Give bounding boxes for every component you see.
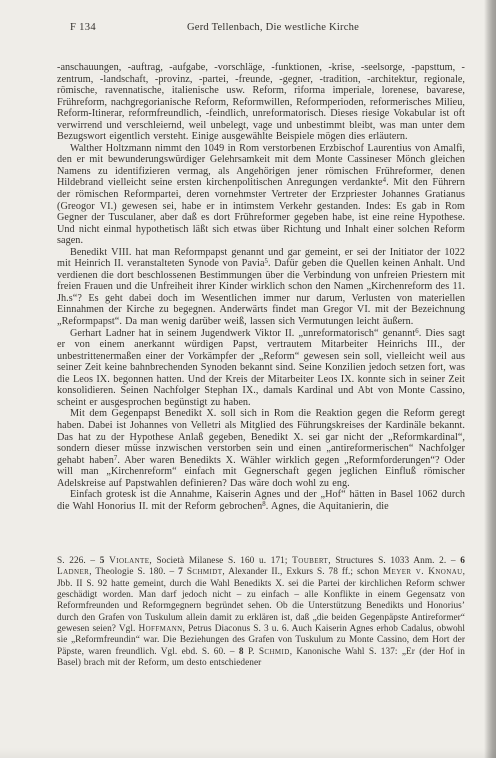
text-run: S. 226. – [57,556,100,566]
text-run: . Agnes, die Aquitanierin, die [266,501,389,512]
text-run: , Alexander II., Exkurs S. 78 ff.; schon [222,567,382,577]
book-page: F 134 Gerd Tellenbach, Die westliche Kir… [0,0,496,758]
text-run: , Structures S. 1033 Anm. 2. – [328,556,460,566]
page-number: F 134 [70,22,96,34]
text-run: 5 [100,556,109,566]
author-name: Ladner [57,567,89,577]
text-run: 6 [460,556,465,566]
page-header: F 134 Gerd Tellenbach, Die westliche Kir… [57,22,465,34]
scan-gutter-shadow [484,0,496,758]
author-name: Hoffmann [138,624,182,634]
text-run: , Società Milanese S. 160 u. 171; [149,556,292,566]
text-run: , Theologie S. 180. – [89,567,178,577]
footnotes: S. 226. – 5 Violante, Società Milanese S… [57,556,465,669]
author-name: Schmid [259,647,290,657]
text-run: . Aber waren Benedikts X. Wähler wirklic… [57,455,465,489]
body-paragraph: Einfach grotesk ist die Annahme, Kaiseri… [57,489,465,512]
body-paragraph: -anschauungen, -auftrag, -aufgabe, -vors… [57,62,465,143]
text-run: 7 [178,567,187,577]
author-name: Meyer v. Knonau [383,567,463,577]
text-run: 8 [239,647,248,657]
body-paragraph: Mit dem Gegenpapst Benedikt X. soll sich… [57,408,465,489]
author-name: Schmidt [187,567,223,577]
text-run: Gerhart Ladner hat in seinem Jugendwerk … [70,328,415,339]
text-run: P. [248,647,259,657]
text-run: Einfach grotesk ist die Annahme, Kaiseri… [57,489,465,512]
body-paragraph: Benedikt VIII. hat man Reformpapst genan… [57,247,465,328]
running-title: Gerd Tellenbach, Die westliche Kirche [57,22,465,34]
text-run: -anschauungen, -auftrag, -aufgabe, -vors… [57,62,465,142]
body-text: -anschauungen, -auftrag, -aufgabe, -vors… [57,62,465,512]
body-paragraph: Walther Holtzmann nimmt den 1049 in Rom … [57,143,465,247]
body-paragraph: Gerhart Ladner hat in seinem Jugendwerk … [57,328,465,409]
footnote-paragraph: S. 226. – 5 Violante, Società Milanese S… [57,556,465,669]
author-name: Violante [109,556,149,566]
author-name: Toubert [292,556,328,566]
text-run: . Dies sagt er von einem anerkannt würdi… [57,328,465,408]
